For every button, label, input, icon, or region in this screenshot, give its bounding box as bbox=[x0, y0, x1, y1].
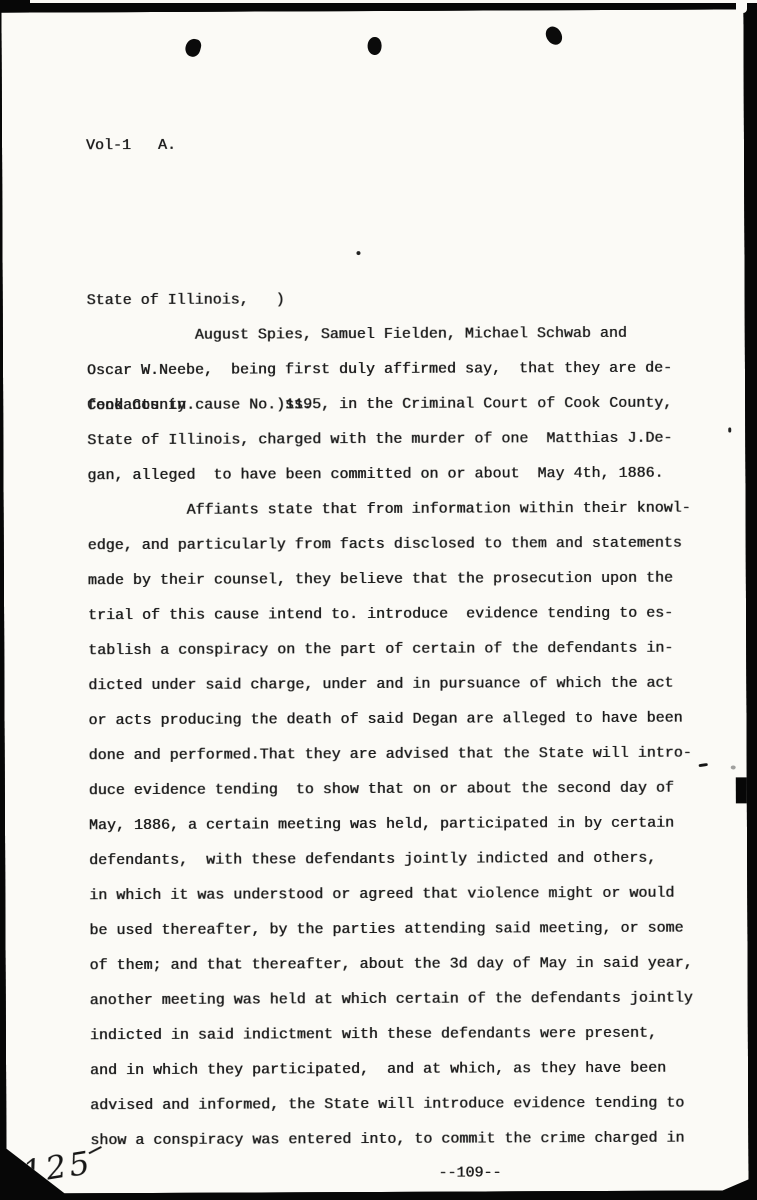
body-line: and in which they participated, and at w… bbox=[90, 1051, 693, 1089]
ink-speck bbox=[356, 251, 360, 255]
body-line: State of Illinois, charged with the murd… bbox=[87, 421, 690, 459]
body-line: show a conspiracy was entered into, to c… bbox=[90, 1121, 693, 1159]
body-line: advised and informed, the State will int… bbox=[90, 1086, 693, 1124]
body-line: defendants, with these defendants jointl… bbox=[89, 841, 692, 879]
body-line: of them; and that thereafter, about the … bbox=[90, 946, 693, 984]
document-page: Vol-1 A. State of Illinois, ) Cook Count… bbox=[1, 9, 748, 1193]
affidavit-body: August Spies, Samuel Fielden, Michael Sc… bbox=[87, 316, 694, 1159]
ink-speck bbox=[731, 765, 736, 769]
body-line: gan, alleged to have been committed on o… bbox=[87, 456, 690, 494]
page-number: --109-- bbox=[438, 1155, 501, 1190]
body-line: or acts producing the death of said Dega… bbox=[88, 701, 691, 739]
body-line: made by their counsel, they believe that… bbox=[88, 561, 691, 599]
body-line: August Spies, Samuel Fielden, Michael Sc… bbox=[87, 316, 690, 354]
body-line: trial of this cause intend to. introduce… bbox=[88, 596, 691, 634]
handwritten-page-number: 125 bbox=[20, 1143, 95, 1192]
punch-hole-1 bbox=[184, 37, 203, 58]
scan-top-sliver bbox=[30, 0, 757, 3]
body-line: edge, and particularly from facts disclo… bbox=[88, 526, 691, 564]
body-line: duce evidence tending to show that on or… bbox=[89, 771, 692, 809]
body-line: be used thereafter, by the parties atten… bbox=[89, 911, 692, 949]
scan-background: { "colors": { "background": "#070707", "… bbox=[0, 0, 757, 1200]
body-line: in which it was understood or agreed tha… bbox=[89, 876, 692, 914]
ink-speck bbox=[699, 763, 708, 767]
scan-edge-notch bbox=[736, 777, 751, 803]
body-line: another meeting was held at which certai… bbox=[90, 981, 693, 1019]
body-line: May, 1886, a certain meeting was held, p… bbox=[89, 806, 692, 844]
punch-hole-2 bbox=[367, 36, 382, 55]
body-line: fendants in cause No. 1195, in the Crimi… bbox=[87, 386, 690, 424]
body-line: Affiants state that from information wit… bbox=[88, 491, 691, 529]
caption-state-line: State of Illinois, ) bbox=[87, 282, 312, 318]
scan-top-right-corner bbox=[736, 0, 747, 13]
body-line: tablish a conspiracy on the part of cert… bbox=[88, 631, 691, 669]
body-line: dicted under said charge, under and in p… bbox=[88, 666, 691, 704]
body-line: indicted in said indictment with these d… bbox=[90, 1016, 693, 1054]
punch-hole-3 bbox=[542, 24, 565, 48]
body-line: Oscar W.Neebe, being first duly affirmed… bbox=[87, 351, 690, 389]
body-line: done and performed.That they are advised… bbox=[89, 736, 692, 774]
volume-label: Vol-1 A. bbox=[86, 128, 176, 163]
ink-speck bbox=[728, 427, 731, 432]
